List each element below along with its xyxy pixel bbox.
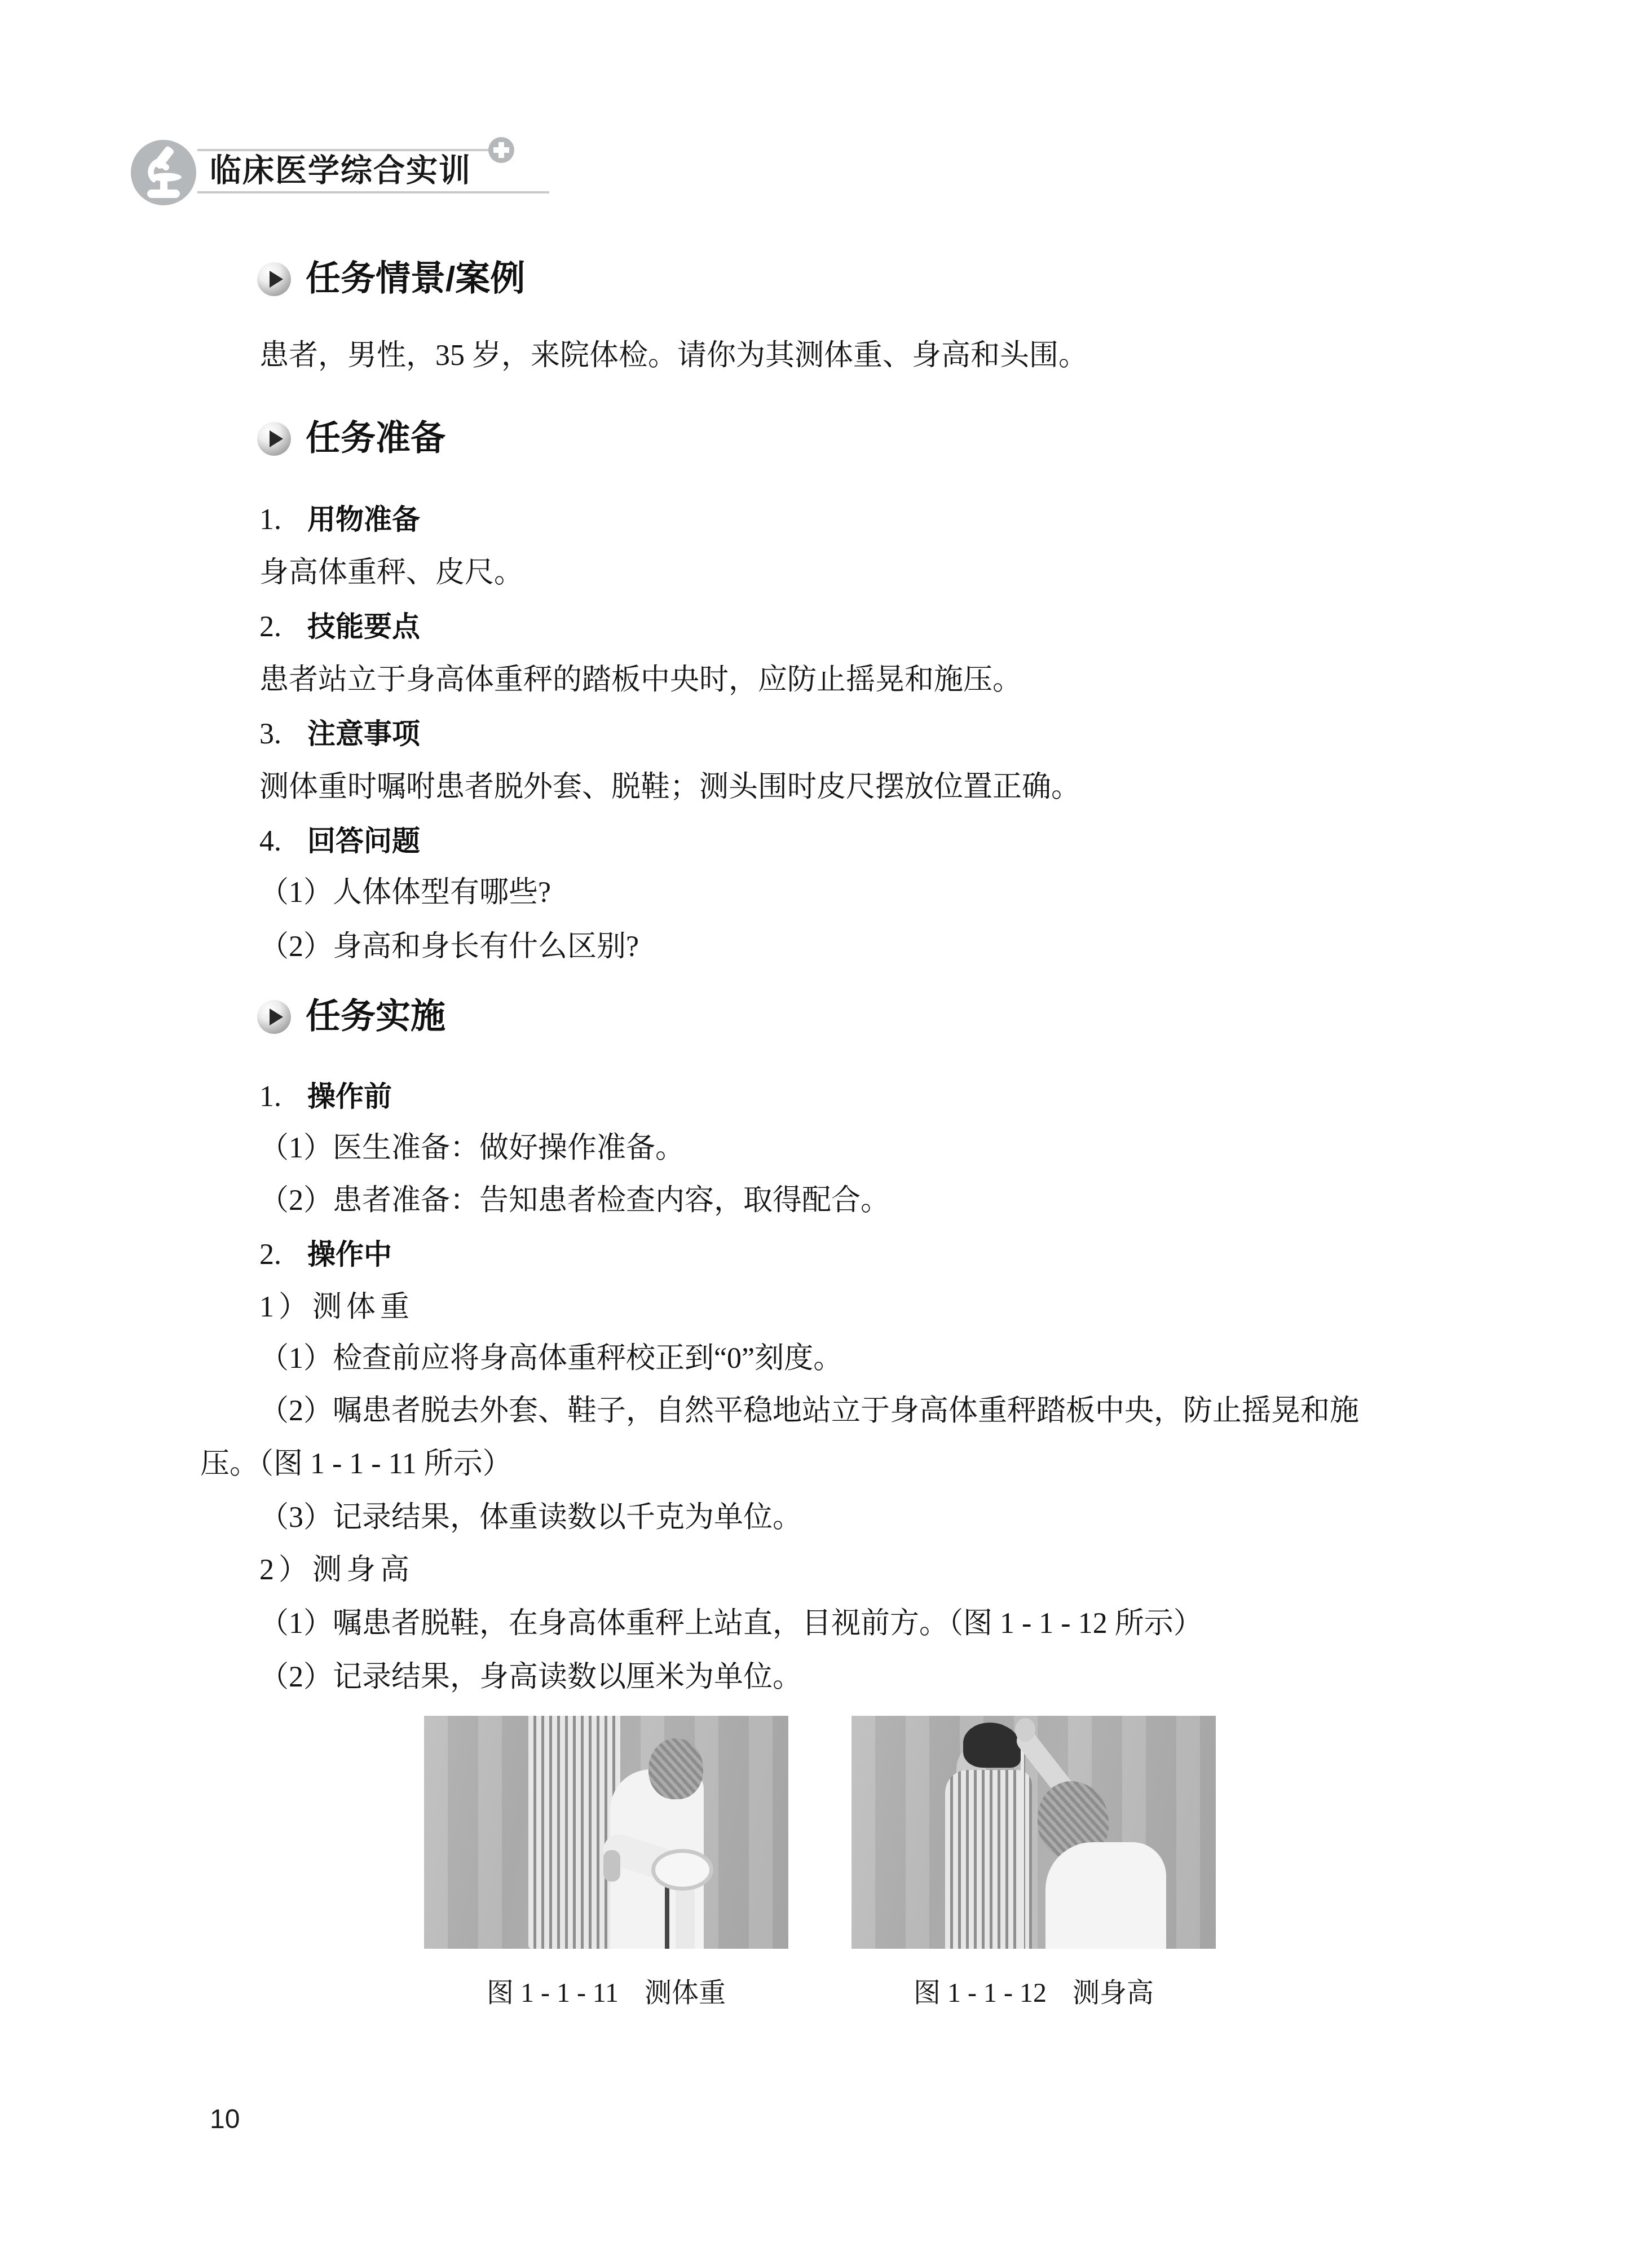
figure-caption-title: 测身高 [1073, 1978, 1154, 2008]
section-heading-scenario: 任务情景/案例 [257, 261, 525, 298]
item-heading-before-operation: 1.操作前 [259, 1079, 392, 1115]
item-heading-questions: 4.回答问题 [259, 823, 420, 859]
weight-step-2-line-2: 压。（图 1 - 1 - 11 所示） [200, 1447, 512, 1482]
height-ruler [1021, 1720, 1024, 1949]
item-label: 操作中 [307, 1239, 392, 1270]
question-2: （2）身高和身长有什么区别? [259, 930, 639, 965]
height-step-1: （1）嘱患者脱鞋，在身高体重秤上站直，目视前方。（图 1 - 1 - 12 所示… [259, 1606, 1203, 1641]
section-title: 任务准备 [306, 420, 445, 457]
item-label: 技能要点 [307, 611, 420, 642]
patient-hand [603, 1850, 620, 1882]
section-heading-preparation: 任务准备 [257, 420, 445, 457]
play-icon [257, 1000, 291, 1034]
figure-caption-height: 图 1 - 1 - 12测身高 [851, 1978, 1216, 2009]
nurse-figure-body [1045, 1842, 1166, 1949]
microscope-icon [131, 140, 196, 205]
nurse-cap [648, 1738, 703, 1799]
microscope-glyph [131, 140, 196, 205]
subitem-measure-weight: 1）测体重 [259, 1290, 414, 1325]
play-icon [257, 262, 291, 296]
book-title: 临床医学综合实训 [210, 152, 471, 188]
header-rule-top [197, 149, 489, 151]
item-heading-equipment: 1.用物准备 [259, 502, 420, 538]
page-number: 10 [210, 2104, 240, 2135]
figure-caption-label: 图 1 - 1 - 12 [914, 1978, 1047, 2008]
before-op-step-1: （1）医生准备：做好操作准备。 [259, 1131, 685, 1166]
height-step-2: （2）记录结果，身高读数以厘米为单位。 [259, 1660, 802, 1695]
item-label: 回答问题 [307, 825, 420, 857]
scale-dial [651, 1849, 713, 1891]
item-number: 2. [259, 1239, 281, 1271]
figure-caption-weighing: 图 1 - 1 - 11测体重 [424, 1978, 788, 2009]
figure-photo-height-measuring [851, 1716, 1216, 1949]
section-title: 任务实施 [306, 998, 445, 1036]
scale-pole [665, 1884, 669, 1949]
item-number: 1. [259, 504, 281, 536]
before-op-step-2: （2）患者准备：告知患者检查内容，取得配合。 [259, 1183, 890, 1218]
item-number: 4. [259, 825, 281, 857]
play-icon [257, 422, 291, 456]
section-title: 任务情景/案例 [306, 261, 525, 298]
item-number: 3. [259, 718, 281, 750]
item-label: 用物准备 [307, 504, 420, 535]
item-heading-skill-points: 2.技能要点 [259, 609, 420, 645]
intro-paragraph: 患者，男性，35 岁，来院体检。请你为其测体重、身高和头围。 [259, 338, 1088, 373]
skill-points-text: 患者站立于身高体重秤的踏板中央时，应防止摇晃和施压。 [259, 663, 1022, 698]
textbook-page: 临床医学综合实训 任务情景/案例 患者，男性，35 岁，来院体检。请你为其测体重… [0, 0, 1628, 2268]
figure-caption-title: 测体重 [645, 1978, 726, 2008]
subitem-measure-height: 2）测身高 [259, 1553, 414, 1588]
precautions-text: 测体重时嘱咐患者脱外套、脱鞋；测头围时皮尺摆放位置正确。 [259, 770, 1080, 805]
equipment-text: 身高体重秤、皮尺。 [259, 556, 523, 591]
item-heading-during-operation: 2.操作中 [259, 1237, 392, 1272]
weight-step-2-line-1: （2）嘱患者脱去外套、鞋子，自然平稳地站立于身高体重秤踏板中央，防止摇晃和施 [259, 1394, 1359, 1429]
item-label: 注意事项 [307, 718, 420, 750]
patient-figure-striped-pajamas [528, 1716, 620, 1949]
item-heading-precautions: 3.注意事项 [259, 716, 420, 752]
weight-step-3: （3）记录结果，体重读数以千克为单位。 [259, 1500, 802, 1535]
question-1: （1）人体体型有哪些? [259, 875, 551, 910]
medical-cross-icon [488, 137, 514, 163]
nurse-hand [1015, 1718, 1035, 1742]
header-rule-bottom [197, 191, 549, 193]
figure-caption-label: 图 1 - 1 - 11 [487, 1978, 619, 2008]
item-number: 2. [259, 611, 281, 643]
section-heading-implementation: 任务实施 [257, 998, 445, 1036]
item-label: 操作前 [307, 1081, 392, 1112]
weight-step-1: （1）检查前应将身高体重秤校正到“0”刻度。 [259, 1341, 842, 1376]
figure-photo-weighing [424, 1716, 788, 1949]
patient-figure-striped-pajamas [945, 1770, 1032, 1949]
item-number: 1. [259, 1081, 281, 1113]
